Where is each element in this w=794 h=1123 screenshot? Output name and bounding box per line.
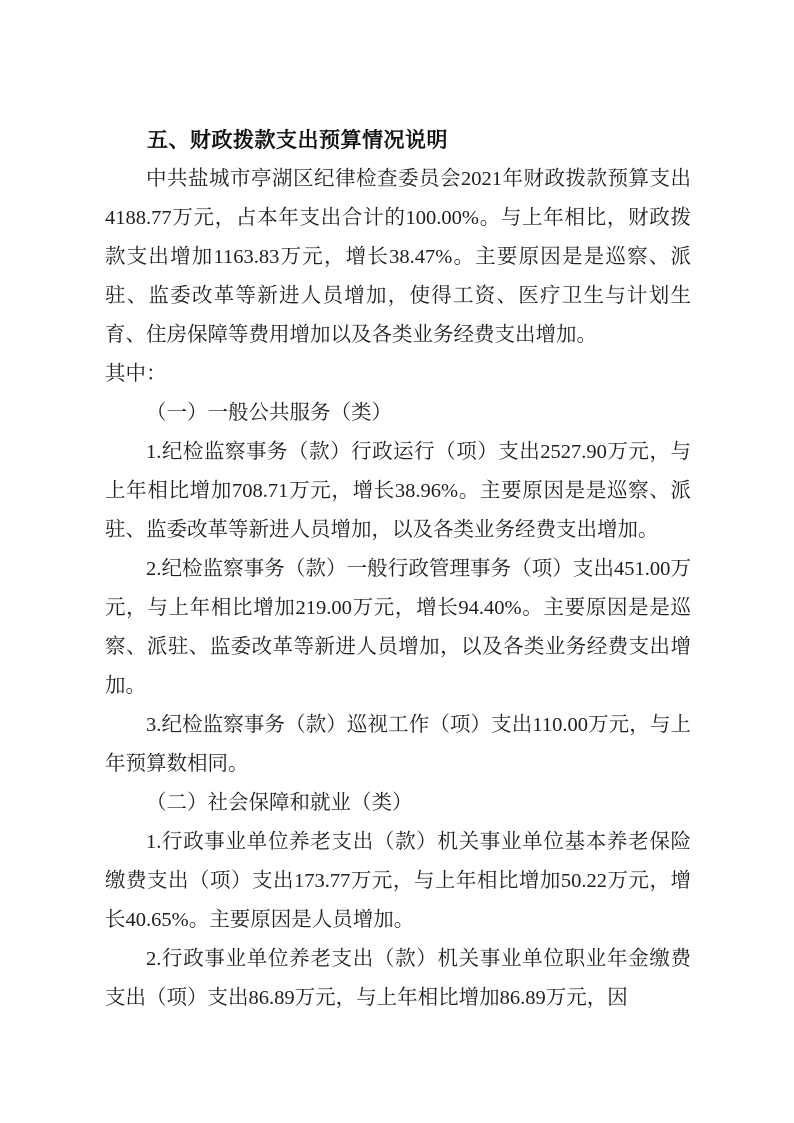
paragraph-item-1-administrative-operation: 1.纪检监察事务（款）行政运行（项）支出2527.90万元，与上年相比增加708… [105, 433, 691, 550]
document-page: 五、财政拨款支出预算情况说明 中共盐城市亭湖区纪律检查委员会2021年财政拨款预… [0, 0, 794, 1123]
document-body: 五、财政拨款支出预算情况说明 中共盐城市亭湖区纪律检查委员会2021年财政拨款预… [105, 121, 691, 1018]
section-heading: 五、财政拨款支出预算情况说明 [105, 121, 691, 160]
subsection-heading-general-public-services: （一）一般公共服务（类） [105, 394, 691, 433]
paragraph-among-which: 其中： [105, 355, 691, 394]
paragraph-item-2-general-admin-affairs: 2.纪检监察事务（款）一般行政管理事务（项）支出451.00万元，与上年相比增加… [105, 550, 691, 706]
paragraph-item-2-occupational-annuity: 2.行政事业单位养老支出（款）机关事业单位职业年金缴费支出（项）支出86.89万… [105, 940, 691, 1018]
paragraph-item-3-inspection-work: 3.纪检监察事务（款）巡视工作（项）支出110.00万元，与上年预算数相同。 [105, 706, 691, 784]
subsection-heading-social-security-employment: （二）社会保障和就业（类） [105, 784, 691, 823]
paragraph-item-1-basic-pension-contribution: 1.行政事业单位养老支出（款）机关事业单位基本养老保险缴费支出（项）支出173.… [105, 823, 691, 940]
paragraph-overview: 中共盐城市亭湖区纪律检查委员会2021年财政拨款预算支出4188.77万元，占本… [105, 160, 691, 355]
